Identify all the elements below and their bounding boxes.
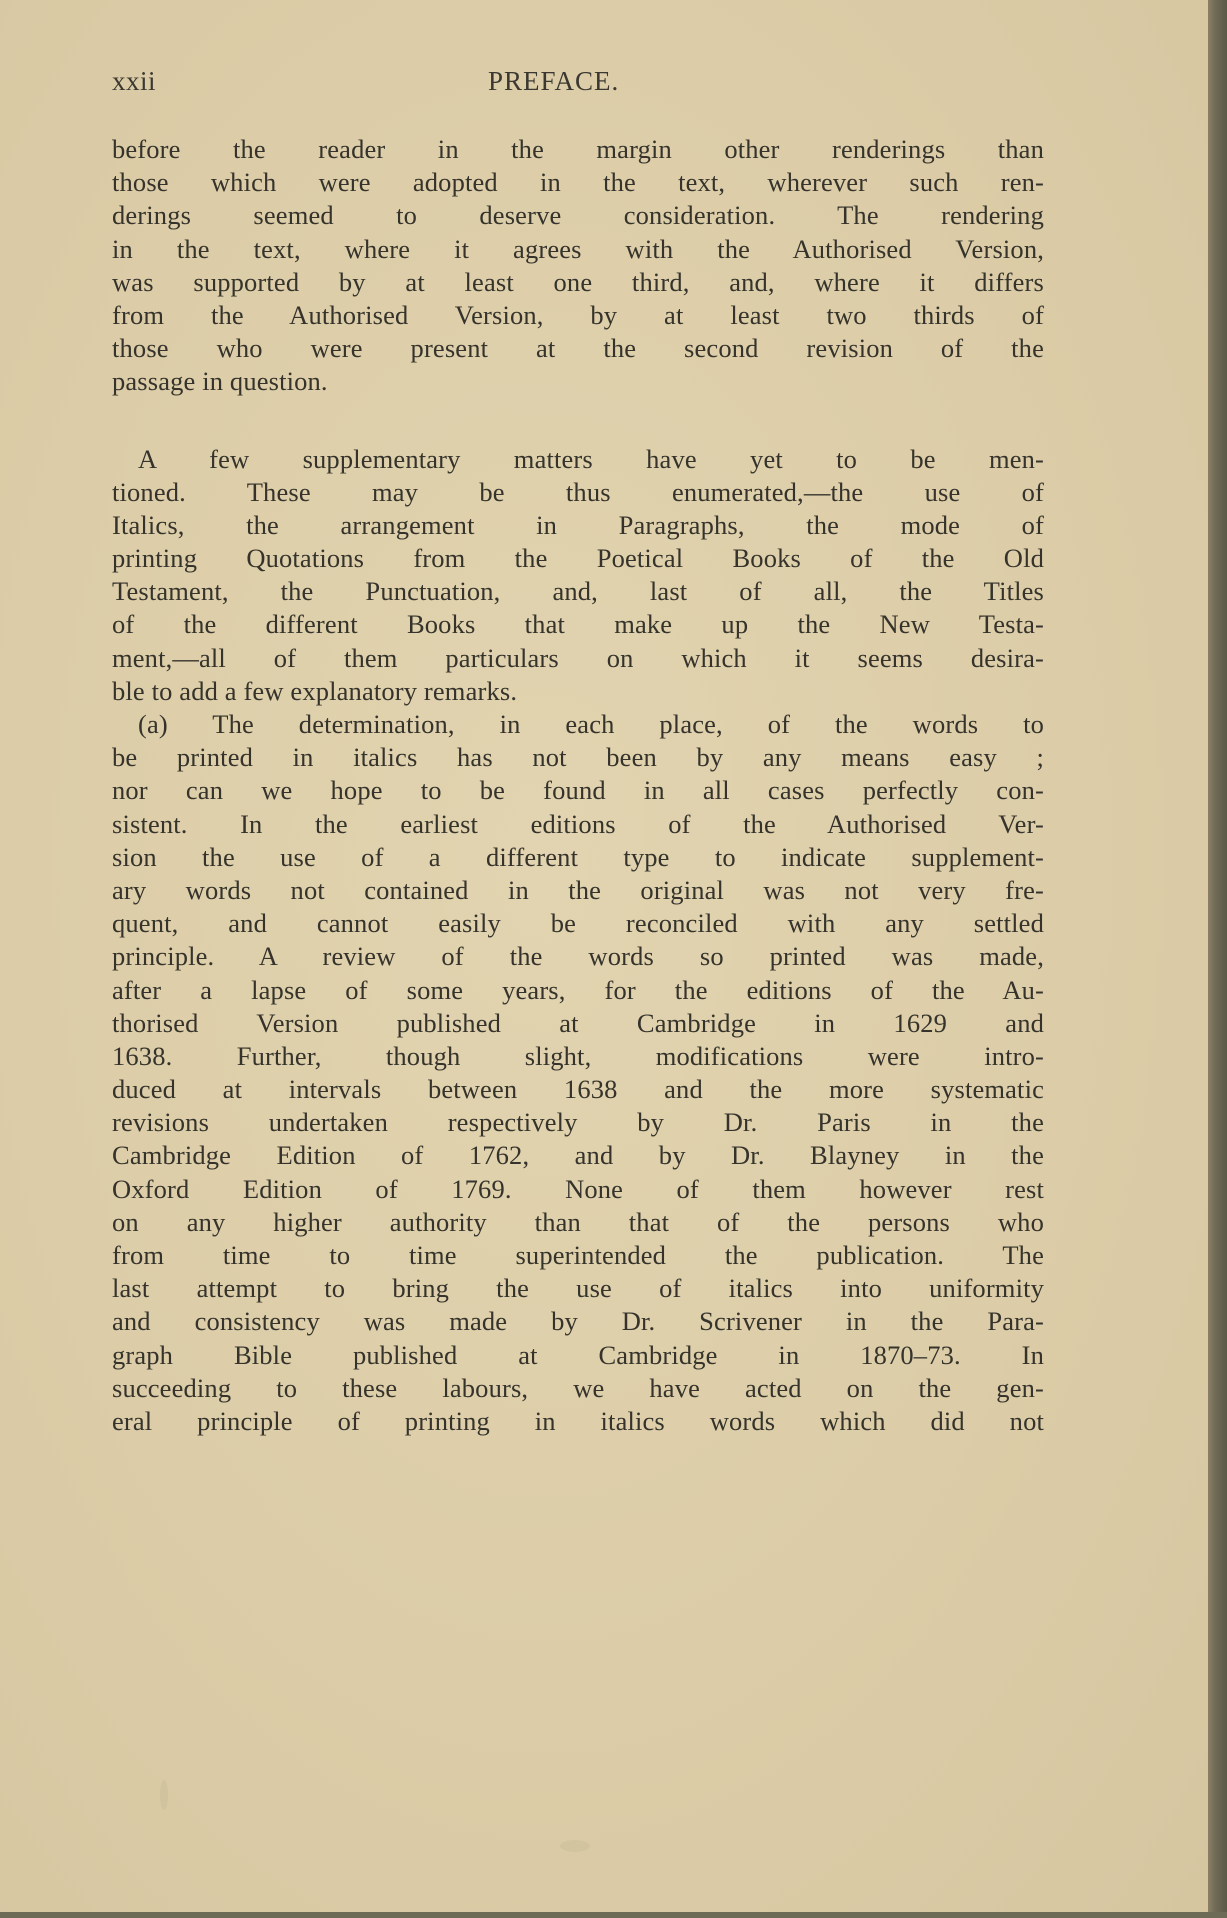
text-line: after a lapse of some years, for the edi… <box>112 974 1044 1007</box>
text-line: graph Bible published at Cambridge in 18… <box>112 1339 1044 1372</box>
text-line: passage in question. <box>112 365 1044 398</box>
text-line: be printed in italics has not been by an… <box>112 741 1044 774</box>
page-edge-right <box>1208 0 1227 1918</box>
paragraph-gap <box>112 399 1044 443</box>
text-line: from time to time superintended the publ… <box>112 1239 1044 1272</box>
text-line: revisions undertaken respectively by Dr.… <box>112 1106 1044 1139</box>
page-number: xxii <box>112 66 156 97</box>
paragraph: before the reader in the margin other re… <box>112 133 1044 399</box>
text-line: ary words not contained in the original … <box>112 874 1044 907</box>
text-line: Italics, the arrangement in Paragraphs, … <box>112 509 1044 542</box>
running-title: PREFACE. <box>488 66 619 97</box>
body-text: before the reader in the margin other re… <box>112 133 1044 1438</box>
page-edge-bottom <box>0 1912 1227 1918</box>
text-line: last attempt to bring the use of italics… <box>112 1272 1044 1305</box>
text-line: sion the use of a different type to indi… <box>112 841 1044 874</box>
text-line: quent, and cannot easily be reconciled w… <box>112 907 1044 940</box>
text-line: principle. A review of the words so prin… <box>112 940 1044 973</box>
text-line: thorised Version published at Cambridge … <box>112 1007 1044 1040</box>
text-line: Testament, the Punctuation, and, last of… <box>112 575 1044 608</box>
text-line: succeeding to these labours, we have act… <box>112 1372 1044 1405</box>
text-line: on any higher authority than that of the… <box>112 1206 1044 1239</box>
text-line: Oxford Edition of 1769. None of them how… <box>112 1173 1044 1206</box>
text-line: ble to add a few explanatory remarks. <box>112 675 1044 708</box>
text-line: duced at intervals between 1638 and the … <box>112 1073 1044 1106</box>
text-line: from the Authorised Version, by at least… <box>112 299 1044 332</box>
text-line: (a) The determination, in each place, of… <box>112 708 1044 741</box>
text-line: eral principle of printing in italics wo… <box>112 1405 1044 1438</box>
text-line: ment,—all of them particulars on which i… <box>112 642 1044 675</box>
text-line: those which were adopted in the text, wh… <box>112 166 1044 199</box>
text-line: in the text, where it agrees with the Au… <box>112 233 1044 266</box>
text-line: of the different Books that make up the … <box>112 608 1044 641</box>
paragraph: A few supplementary matters have yet to … <box>112 443 1044 709</box>
text-line: A few supplementary matters have yet to … <box>112 443 1044 476</box>
text-line: and consistency was made by Dr. Scrivene… <box>112 1305 1044 1338</box>
text-line: derings seemed to deserve consideration.… <box>112 199 1044 232</box>
text-line: sistent. In the earliest editions of the… <box>112 808 1044 841</box>
text-line: was supported by at least one third, and… <box>112 266 1044 299</box>
paragraph: (a) The determination, in each place, of… <box>112 708 1044 1438</box>
text-line: nor can we hope to be found in all cases… <box>112 774 1044 807</box>
paper-stain <box>560 1840 590 1852</box>
text-line: those who were present at the second rev… <box>112 332 1044 365</box>
text-line: before the reader in the margin other re… <box>112 133 1044 166</box>
text-line: 1638. Further, though slight, modificati… <box>112 1040 1044 1073</box>
text-line: printing Quotations from the Poetical Bo… <box>112 542 1044 575</box>
text-line: tioned. These may be thus enumerated,—th… <box>112 476 1044 509</box>
text-line: Cambridge Edition of 1762, and by Dr. Bl… <box>112 1139 1044 1172</box>
paper-stain <box>160 1780 168 1810</box>
page-header: xxii PREFACE. <box>112 66 1044 106</box>
